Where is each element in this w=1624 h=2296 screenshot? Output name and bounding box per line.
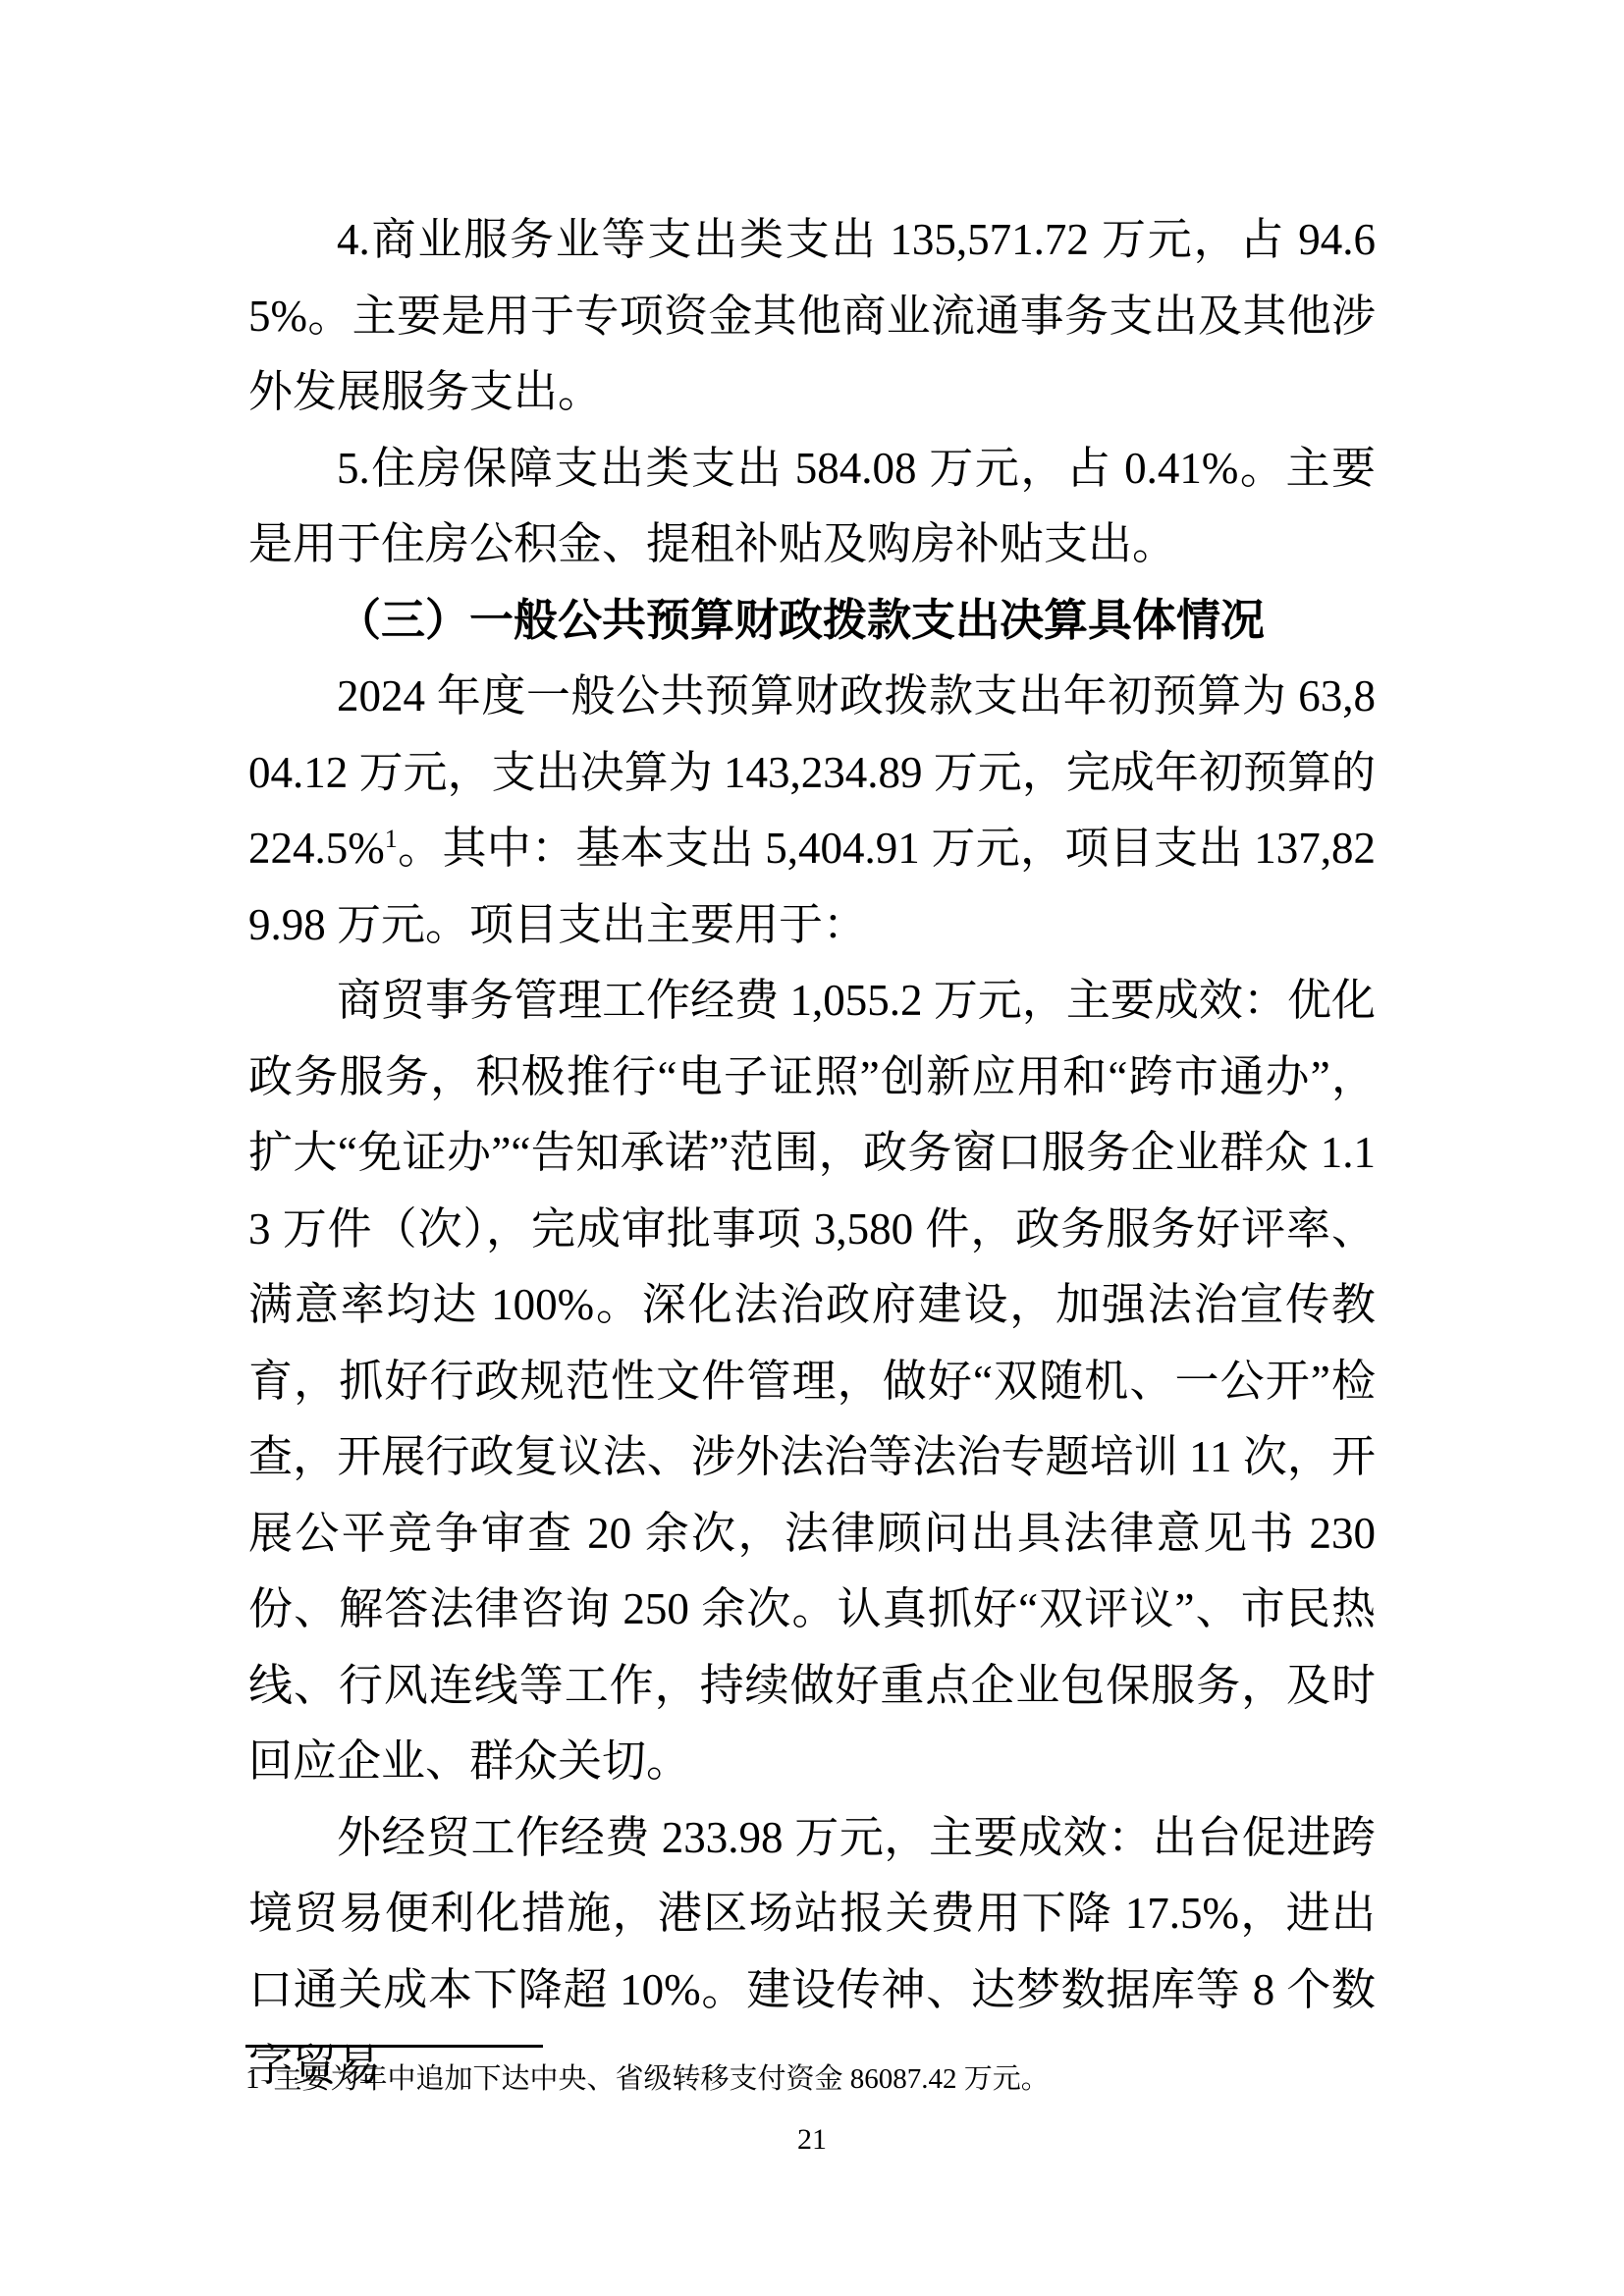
document-body: 4.商业服务业等支出类支出 135,571.72 万元，占 94.65%。主要是… [248,202,1376,2105]
paragraph-2: 5.住房保障支出类支出 584.08 万元，占 0.41%。主要是用于住房公积金… [248,431,1376,583]
footnote-separator-line [245,2045,543,2048]
text-run: 商贸事务管理工作经费 1,055.2 万元，主要成效：优化政务服务，积极推行“电… [248,976,1376,1786]
text-run: 。其中：基本支出 5,404.91 万元，项目支出 137,829.98 万元。… [248,824,1376,949]
document-page: 4.商业服务业等支出类支出 135,571.72 万元，占 94.65%。主要是… [0,0,1624,2296]
paragraph-5: 商贸事务管理工作经费 1,055.2 万元，主要成效：优化政务服务，积极推行“电… [248,963,1376,1800]
paragraph-6: 外经贸工作经费 233.98 万元，主要成效：出台促进跨境贸易便利化措施，港区场… [248,1800,1376,2105]
footnote-reference: 1 [385,825,398,853]
text-run: （三）一般公共预算财政拨款支出决算具体情况 [337,596,1265,645]
footnote: 1主要为年中追加下达中央、省级转移支付资金 86087.42 万元。 [245,2059,1375,2099]
footnote-marker: 1 [245,2063,260,2095]
paragraph-4: 2024 年度一般公共预算财政拨款支出年初预算为 63,804.12 万元，支出… [248,659,1376,963]
footnote-text: 主要为年中追加下达中央、省级转移支付资金 86087.42 万元。 [274,2063,1050,2095]
section-heading: （三）一般公共预算财政拨款支出决算具体情况 [248,583,1376,660]
text-run: 4.商业服务业等支出类支出 135,571.72 万元，占 94.65%。主要是… [248,215,1376,416]
text-run: 外经贸工作经费 233.98 万元，主要成效：出台促进跨境贸易便利化措施，港区场… [248,1813,1376,2091]
text-run: 5.住房保障支出类支出 584.08 万元，占 0.41%。主要是用于住房公积金… [248,444,1376,569]
paragraph-1: 4.商业服务业等支出类支出 135,571.72 万元，占 94.65%。主要是… [248,202,1376,431]
page-number: 21 [0,2123,1624,2157]
